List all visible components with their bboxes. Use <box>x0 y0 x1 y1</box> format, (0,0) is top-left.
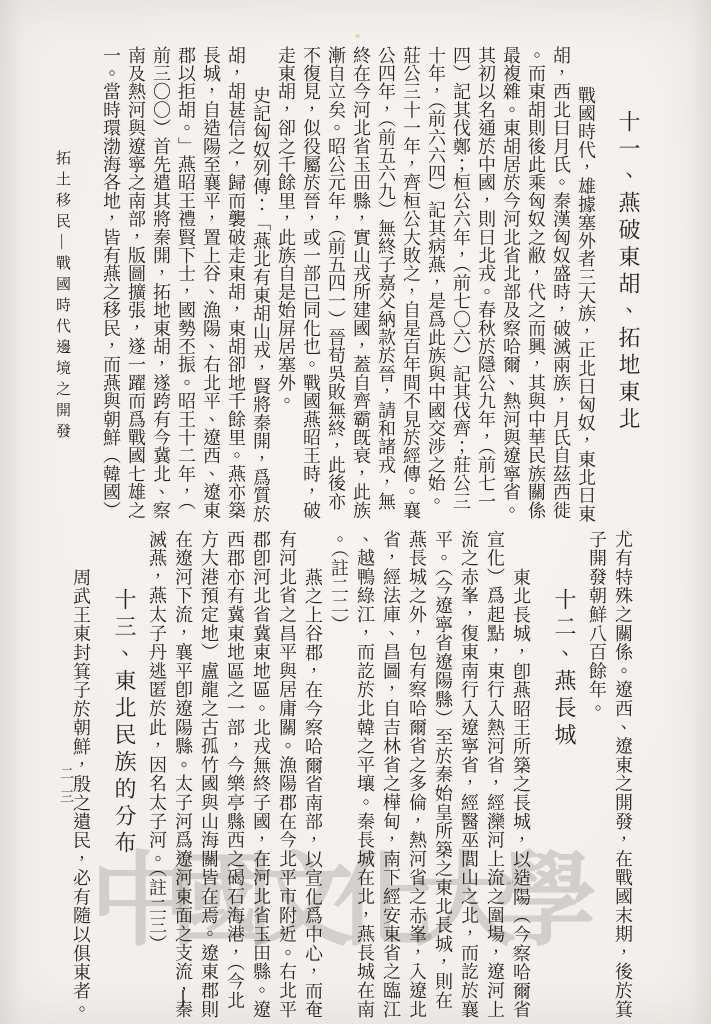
text-column: 走東胡，卻之千餘里，此族自是始屏居塞外。 <box>273 46 298 524</box>
running-title: 拓土移民—戰國時代邊境之開發 <box>52 150 73 444</box>
lower-text-block: 尤有特殊之關係。遼西、遼東之開發，在戰國末期，後於箕 子開發朝鮮八百餘年。 十二… <box>68 530 636 1019</box>
text-column: 胡，西北曰月氏。秦漢匈奴盛時，破滅兩族，月氏自茲西徙 <box>548 46 573 524</box>
text-column: 終在今河北省玉田縣，實山戎所建國，蓋自齊霸旣衰，此族 <box>348 46 373 524</box>
section-11-heading: 十一、燕破東胡、拓地東北 <box>612 46 644 524</box>
text-column: 莊公三十一年，齊桓公大敗之，自是百年間不見於經傳。襄 <box>398 46 423 524</box>
text-column: 省，經法庫、昌圖，自吉林省之樺甸，南下經安東省之臨江 <box>378 530 404 1019</box>
text-column: 最複雜。東胡居於今河北省北部及察哈爾、熱河與遼寧省。 <box>498 46 523 524</box>
text-column: 西郡亦有冀東地區之一部，今樂亭縣西之碣石海港，（今北 <box>222 530 248 1019</box>
text-column: 燕長城之外，包有察哈爾省之多倫，熱河省之赤峯，入遼北 <box>404 530 430 1019</box>
text-column: 一。當時環渤海各地，皆有燕之移民，而燕與朝鮮（韓國） <box>98 46 123 524</box>
text-column: 史記匈奴列傳：「燕北有東胡山戎，賢將秦開，爲質於 <box>248 46 273 524</box>
text-column: 不復見，似役屬於晉，或一部已同化也。戰國燕昭王時，破 <box>298 46 323 524</box>
text-column: 、越鴨綠江，而訖於北韓之平壤。秦長城在北，燕長城在南 <box>352 530 378 1019</box>
text-column: 漸自立矣。昭公元年，（前五四一）晉荀吳敗無終，此後亦 <box>323 46 348 524</box>
text-column: 公四年，（前五六九）無終子嘉父納款於晉，請和諸戎，無 <box>373 46 398 524</box>
section-13-heading: 十三、東北民族的分布 <box>108 530 140 1019</box>
text-column: 其初以名通於中國，則曰北戎。春秋於隱公九年，（前七一 <box>473 46 498 524</box>
text-column: 四）記其伐鄭；桓公六年，（前七〇六）記其伐齊；莊公三 <box>448 46 473 524</box>
text-column: 前三〇〇）首先遣其將秦開，拓地東胡，遂跨有今冀北、察 <box>148 46 173 524</box>
text-column: 流之赤峯，復東南行入遼寧省，經醫巫閭山之北，而訖於襄 <box>456 530 482 1019</box>
text-column: 有河北省之昌平與居庸關。漁陽郡在今北平市附近。右北平 <box>274 530 300 1019</box>
text-column: 。（註二二） <box>326 530 352 1019</box>
text-column: 胡，胡甚信之，歸而襲破走東胡，東胡卻地千餘里。燕亦築 <box>223 46 248 524</box>
text-column: 平。（今遼寧省遼陽縣）至於秦始皇所築之東北長城，則在 <box>430 530 456 1019</box>
scan-speck <box>355 34 360 38</box>
text-column: 郡卽河北省冀東地區。北戎無終子國，在河北省玉田縣。遼 <box>248 530 274 1019</box>
section-12-heading: 十二、燕長城 <box>548 530 580 1019</box>
text-column: 。而東胡則後此乘匈奴之敝，代之而興，其與中華民族關係 <box>523 46 548 524</box>
scanned-book-page: 中國文化大學 拓土移民—戰國時代邊境之開發 二三 十一、燕破東胡、拓地東北 戰國… <box>0 0 711 1024</box>
text-column: 南及熱河與遼寧之南部，版圖擴張，遂一躍而爲戰國七雄之 <box>123 46 148 524</box>
text-column: 方大港預定地）盧龍之古孤竹國與山海關皆在焉。遼東郡則 <box>196 530 222 1019</box>
text-column: 十年，（前六六四）記其病燕，是爲此族與中國交涉之始。 <box>423 46 448 524</box>
text-column: 東北長城，卽燕昭王所築之長城，以造陽（今察哈爾省 <box>508 530 534 1019</box>
text-column: 在遼河下流，襄平卽遼陽縣。太子河爲遼河東面之支流，秦 <box>170 530 196 1019</box>
text-column: 燕之上谷郡，在今察哈爾省南部，以宣化爲中心，而奄 <box>300 530 326 1019</box>
text-column: 郡以拒胡。」燕昭王禮賢下士，國勢丕振。昭王十二年，（ <box>173 46 198 524</box>
text-column: 宣化）爲起點，東行入熱河省，經灤河上流之圍場，遼河上 <box>482 530 508 1019</box>
text-column: 長城，自造陽至襄平，置上谷、漁陽、右北平、遼西、遼東 <box>198 46 223 524</box>
text-column: 滅燕，燕太子丹逃匿於此，因名太子河。（註二三） <box>144 530 170 1019</box>
text-column: 周武王東封箕子於朝鮮，殷之遺民，必有隨以俱東者。 <box>68 530 94 1019</box>
text-column: 子開發朝鮮八百餘年。 <box>584 530 610 1019</box>
text-column: 戰國時代，雄據塞外者三大族，正北曰匈奴，東北曰東 <box>573 46 598 524</box>
text-column: 尤有特殊之關係。遼西、遼東之開發，在戰國末期，後於箕 <box>610 530 636 1019</box>
upper-text-block: 十一、燕破東胡、拓地東北 戰國時代，雄據塞外者三大族，正北曰匈奴，東北曰東 胡，… <box>98 46 648 524</box>
